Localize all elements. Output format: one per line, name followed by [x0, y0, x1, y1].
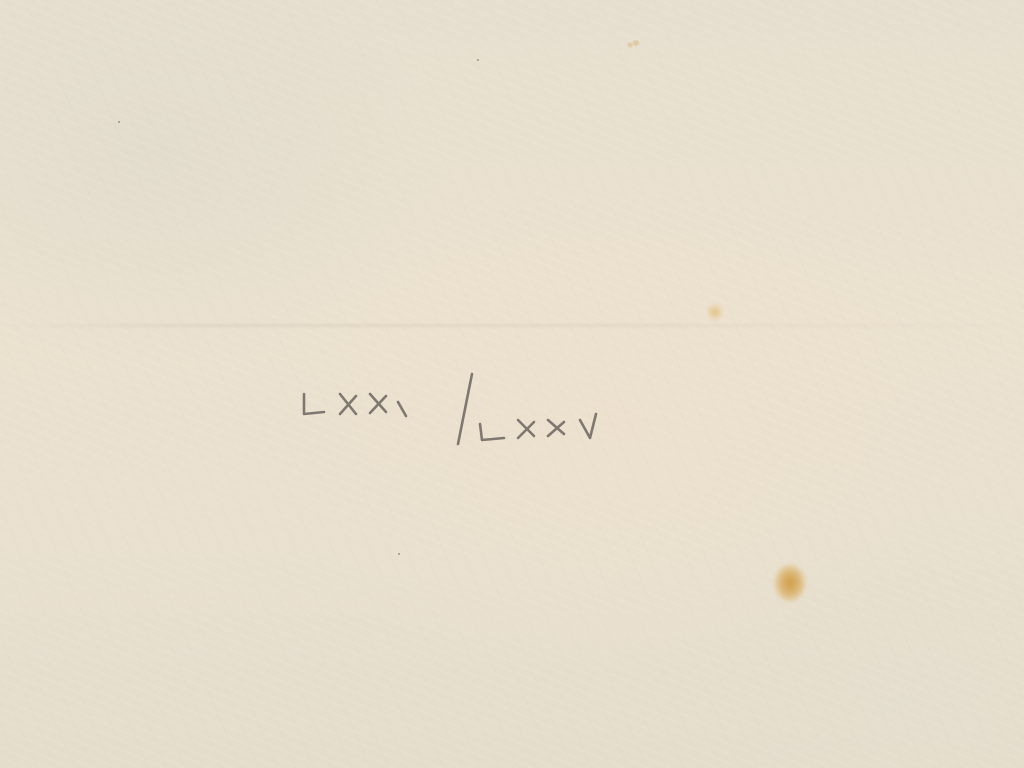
foxing-stain-large: [774, 564, 806, 602]
foxing-spot-tiny: [632, 40, 640, 46]
foxing-spot-small: [707, 304, 723, 320]
paper-speck: [118, 121, 120, 123]
edition-number-text: LXXI/LXXV: [296, 380, 495, 413]
paper-speck: [398, 553, 400, 555]
paper-speck: [477, 59, 479, 61]
paper-crease: [0, 324, 1024, 327]
paper-sheet: LXXI/LXXV: [0, 0, 1024, 768]
